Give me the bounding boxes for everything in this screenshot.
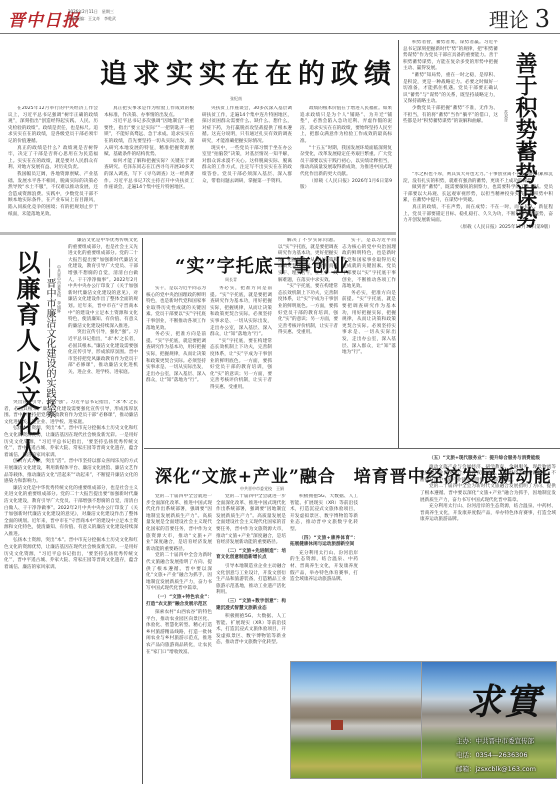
paragraph: 务必实，把准方向是前提。“实”字托底，就是要把调查研究作为基本功，用好把握实际，… (342, 291, 396, 357)
paragraph: 推动文旅产业与会展经济、研学教育、金融服务、现代物流等现代服务业深度融合，培育夜… (420, 465, 556, 485)
masthead-divider (0, 33, 560, 34)
left-article-subtitle: ——晋中市廉洁文化建设的实践探索 (42, 258, 57, 418)
qiushi-column-ad: 求實 主办：中共晋中市委宣传部 电话：0354—2636306 邮箱：jzsxc… (421, 661, 557, 779)
shi-article-column-1: 实干，是以习近平同志为核心的党中央治国理政的鲜明特色，也是新时代党和国家事业取得… (146, 286, 206, 436)
right-article-body: “水之积也不厚，则其负大舟也无力。”干事创业离不开长期的积累和沉淀，没有扎实的积… (403, 172, 553, 442)
ad-phone: 电话：0354—2636306 (456, 750, 528, 759)
main-article-headline: 追求实实在在的政绩 (100, 52, 397, 91)
issue-date: 2026年2月11日 星期三 (68, 8, 116, 15)
left-article-body: 突出宣传引导，强化“强”。习近平总书记指出，“求‘木’之长者，必固其根本。”廉洁… (4, 400, 138, 784)
shi-article-column-3: 解决了不少实际问题。以“实”字托底，就是要把调查研究作为基本功，更好把握实际、把… (278, 238, 338, 438)
paragraph: 务必实，把准方向是前提。“实”字托底，就是要把调查研究作为基本功，用好把握实际，… (146, 332, 206, 385)
paragraph: “实”字托底，要在构建常态长效机制上下功夫，完善制度体系，让“实”字成为干事创业… (278, 284, 338, 337)
paragraph: 如何才能了解和把握实际？关键在于调查研究。毛泽东同志在江西寻乌开展30多天的深入… (104, 159, 194, 192)
paragraph: “实”字托底，要在构建常态长效机制上下功夫，完善制度体系，让“实”字成为干事创业… (210, 339, 272, 392)
paragraph: 做到善“蓄势”，既需要敏锐的洞察力，也需要科学的工作方法。党员干部要以大局观、长… (403, 185, 553, 205)
paragraph: “十五五”时期，我国发展环境面临深刻复杂变化，改革发展稳定任务艰巨繁重。广大党员… (300, 146, 392, 179)
section-name: 理论 (489, 8, 529, 32)
phone-label: 电话： (456, 751, 476, 759)
paragraph: 务必实，把准方向是前提。“实”字托底，就是要把调查研究作为基本功，用好把握实际，… (210, 286, 272, 339)
main-article-column-4: 政绩的根本价值在于增进人民福祉。如果追求政绩只是为个人“铺路”、为升迁“铺垫”，… (300, 106, 392, 229)
paragraph: 解决了不少实际问题。以“实”字托底，就是要把调查研究作为基本功，更好把握实际、把… (278, 238, 338, 284)
sponsor-label: 主办： (456, 737, 476, 745)
paragraph: 引导本地制造业企业主动融合文化创意与工业设计，开发文创衍生产品和旅游装备，打造精… (216, 564, 286, 597)
paragraph: 党的二十届四中全会为新时代文旅融合发展指明了方向、提供了根本遵循。晋中要以深化“… (146, 553, 212, 593)
paragraph: 廉洁文化是中华优秀传统文化的重要组成部分，也是社会主义先进文化的重要组成部分。党… (4, 486, 138, 539)
ad-brand: 求實 (466, 674, 542, 725)
left-article-intro: 廉洁文化是中华优秀传统文化的重要组成部分，也是社会主义先进文化的重要组成部分。党… (68, 238, 138, 398)
culture-article-column-1: 党的二十届四中全会就进一步全面深化改革、推进中国式现代化作出系统部署，强调要“因… (146, 494, 212, 784)
culture-article-column-4: （五）“文旅+现代服务业”：提升综合服务与消费能级 推动文旅产业与会展经济、研学… (420, 454, 556, 654)
paragraph: 弘扬本土资源，突出“本”。晋中市充分挖掘本土历史文化和红色文化的资源优势，让廉洁… (4, 426, 138, 459)
paragraph: 弘扬本土资源，突出“本”。晋中市充分挖掘本土历史文化和红色文化的资源优势，让廉洁… (4, 538, 138, 571)
page-editors: 本版责编：王文奇 李乾武 (68, 15, 116, 22)
right-article-byline: 苏双奇 (503, 110, 509, 122)
culture-article-column-3: 积极拥抱5G、大数据、人工智能、扩展现实（XR）等前沿技术，打造沉浸式文旅体验项… (290, 494, 358, 654)
paragraph: 廉洁文化是中华优秀传统文化的重要组成部分，也是社会主义先进文化的重要组成部分。党… (68, 238, 138, 330)
culture-article-byline: 中共晋中市委党校 王娟 (240, 486, 284, 492)
paragraph: 习近平总书记多次强调“因地制宜”的重要性，指出“要立足实际”“一把钥匙开一把锁”… (104, 119, 194, 159)
paragraph: 充分利用太行山、汾河沿岸的生态资源，结合温泉、中药材、晋商养生文化，开发康养度假… (290, 551, 358, 584)
paragraph: “蓄势”知局势，重在一时之稳，是厚积、是积淀，更是一种战略定力。必要之时做好一切… (403, 73, 498, 106)
paragraph: 充分利用太行山、汾河沿岸的生态资源，结合温泉、中药材、晋商养生文化，开发康养度假… (420, 504, 556, 524)
paragraph: 真正的政绩，不在声势，而在成势；不在一时，而在长久。新征程上，党员干部要锚定目标… (403, 205, 553, 225)
source-note: （原载《人民日报》2026年1月6日第9版） (300, 179, 392, 192)
culture-article-column-2: 党的二十届四中全会就进一步全面深化改革、推进中国式现代化作出系统部署，强调要“因… (216, 494, 286, 654)
section-heading: （二）“文旅+先进制造”：培育文化创意制造新增长点 (216, 549, 286, 562)
paragraph: 真正的政绩是什么？政绩观是否树得牢，决定了干部是否将心思用在为民造福上。实实在在… (8, 146, 98, 172)
paragraph: “水之积也不厚，则其负大舟也无力。”干事创业离不开长期的积累和沉淀，没有扎实的积… (403, 172, 553, 185)
right-article-top-text: 积势者智，蓄势者勇，谋势者赢。习近平总书记深刻把握新时代“势”的规律，把“积势蓄… (403, 40, 498, 172)
paragraph: 突出宣传引导，强化“强”。习近平总书记指出，“求‘木’之长者，必固其根本。”廉洁… (68, 330, 138, 376)
section-heading: （一）“文旅+特色农业”：打造“农文旅”融合发展示范区 (146, 595, 212, 608)
left-article-byline: 中共晋中市委党校 李旭辉 (56, 265, 62, 313)
paragraph: 少数党员干部把握“蓄势”不准，无作为、不担当，有的将“蓄势”当作“躺平”的借口，… (403, 106, 498, 126)
section-divider (0, 232, 396, 235)
paragraph: 实干，是以习近平同志为核心的党中央治国理政的鲜明特色，也是新时代党和国家事业取得… (342, 238, 396, 291)
issue-meta: 2026年2月11日 星期三 本版责编：王文奇 李乾武 (68, 8, 116, 22)
phone-value: 0354—2636306 (476, 751, 528, 759)
section-heading: （四）“文旅+康养体育”：拓展健康休闲与运动旅游新空间 (290, 536, 358, 549)
column-divider (142, 238, 143, 784)
paragraph: 党的二十届四中全会就进一步全面深化改革、推进中国式现代化作出系统部署，强调要“因… (216, 494, 286, 547)
masthead: 晋中日报 2026年2月11日 星期三 本版责编：王文奇 李乾武 理论3 (0, 0, 560, 34)
paragraph: 我国幅员辽阔，各地资源禀赋、产业基础、发展水平各不相同，脱离实际的决策必然导致“… (8, 172, 98, 218)
shi-article-column-4: 实干，是以习近平同志为核心的党中央治国理政的鲜明特色，也是新时代党和国家事业取得… (342, 238, 396, 438)
ad-email: 邮箱：jzsxcblk@163.com (456, 764, 536, 773)
section-heading: （三）“文旅+数字创意”：构建沉浸式智慧文旅新业态 (216, 599, 286, 612)
column-divider (398, 40, 399, 448)
paragraph: 真正把实事求是作为检验工作成效的根本标准，作决策、办事情的出发点。 (104, 106, 194, 119)
main-article-column-2: 真正把实事求是作为检验工作成效的根本标准，作决策、办事情的出发点。 习近平总书记… (104, 106, 194, 229)
main-article-column-3: 央扶贫工作座谈会，30多次深入基层调研扶贫工作，走遍14个集中连片特困地区，探讨… (202, 106, 292, 229)
main-article-byline: 张纪南 (230, 96, 242, 102)
paragraph: 创新方式方法，突出“活”。晋中市坚持以群众喜闻乐见的方式开展廉洁文化建设，利用新… (4, 459, 138, 485)
shi-article-byline: 周长青 (225, 277, 237, 283)
paragraph: 党的二十届四中全会就进一步全面深化改革、推进中国式现代化作出系统部署，强调要“因… (146, 494, 212, 553)
paragraph: 在2025年12月举行的中央经济工作会议上，习近平总书记强调“树牢正确的政绩观”… (8, 106, 98, 146)
source-note: （原载《人民日报》2025年12月31日第9版） (403, 225, 553, 232)
pavilion-shape (331, 720, 343, 730)
left-article-title-line1: 以廉育人 (12, 250, 40, 354)
paragraph: 央扶贫工作座谈会，30多次深入基层调研扶贫工作，走遍14个集中连片特困地区，探讨… (202, 106, 292, 146)
email-value: jzsxcblk@163.com (476, 765, 536, 773)
paragraph: 党的二十届四中全会为新时代文旅融合发展指明了方向、提供了根本遵循。晋中要以深化“… (420, 484, 556, 504)
paragraph: 积极拥抱5G、大数据、人工智能、扩展现实（XR）等前沿技术，打造沉浸式文旅体验项… (290, 494, 358, 534)
paragraph: 实干，是以习近平同志为核心的党中央治国理政的鲜明特色，也是新时代党和国家事业取得… (146, 286, 206, 332)
main-article-column-1: 在2025年12月举行的中央经济工作会议上，习近平总书记强调“树牢正确的政绩观”… (8, 106, 98, 229)
paragraph: 探索农村“山西农谷”的特色平台，推动农业园区向景区化、体验化、智慧化转型。精心打… (146, 610, 212, 656)
section-title: 理论3 (489, 4, 550, 33)
shi-article-column-2: 务必实，把准方向是前提。“实”字托底，就是要把调查研究作为基本功，用好把握实际，… (210, 286, 272, 436)
ad-sponsor: 主办：中共晋中市委宣传部 (456, 736, 534, 745)
section-heading: （五）“文旅+现代服务业”：提升综合服务与消费能级 (420, 456, 556, 463)
section-divider (144, 448, 560, 449)
email-label: 邮箱： (456, 765, 476, 773)
sponsor-value: 中共晋中市委宣传部 (476, 737, 535, 745)
paragraph: 积势者智，蓄势者勇，谋势者赢。习近平总书记深刻把握新时代“势”的规律，把“积势蓄… (403, 40, 498, 73)
paragraph: 突出宣传引导，强化“强”。习近平总书记指出，“求‘木’之长者，必固其根本。”廉洁… (4, 400, 138, 426)
page-number: 3 (535, 5, 550, 33)
paragraph: 积极拥抱5G、大数据、人工智能、扩展现实（XR）等前沿技术，打造沉浸式文旅体验项… (216, 614, 286, 647)
city-landscape-photo (290, 661, 428, 779)
paragraph: 政绩的根本价值在于增进人民福祉。如果追求政绩只是为个人“铺路”、为升迁“铺垫”，… (300, 106, 392, 146)
paragraph: 现实中，一些党员干部习惯于坐在办公室里“拍脑袋”决策，对基层情况一知半解，对群众… (202, 146, 292, 186)
